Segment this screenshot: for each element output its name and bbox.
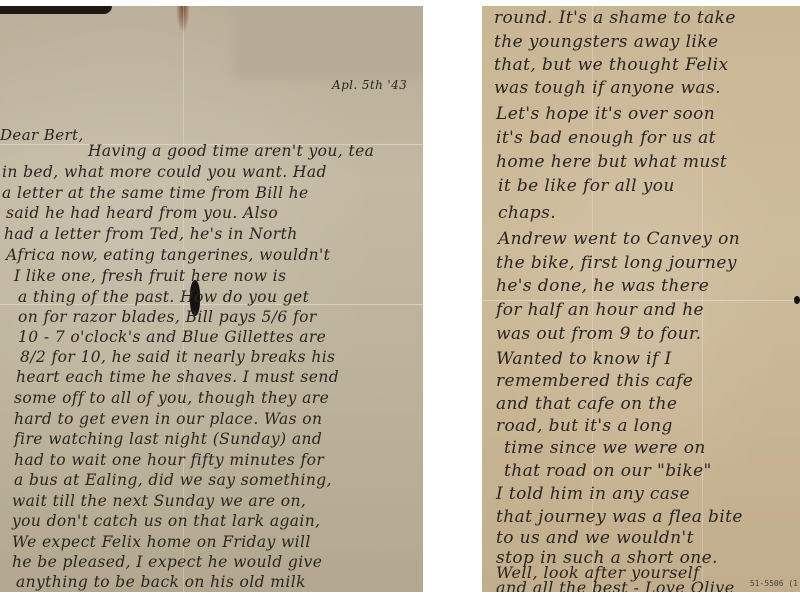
text-line: you don't catch us on that lark again, xyxy=(12,512,321,530)
text-line: it's bad enough for us at xyxy=(496,128,716,148)
text-line: We expect Felix home on Friday will xyxy=(12,533,311,551)
letter-page-2: round. It's a shame to take the youngste… xyxy=(482,6,800,592)
text-line: road, but it's a long xyxy=(496,416,673,436)
text-line: he's done, he was there xyxy=(496,276,709,296)
text-line: a letter at the same time from Bill he xyxy=(2,184,309,202)
text-line: and that cafe on the xyxy=(496,394,677,414)
text-line: hard to get even in our place. Was on xyxy=(14,410,322,428)
text-line: said he had heard from you. Also xyxy=(6,204,278,222)
text-line: anything to be back on his old milk xyxy=(16,573,306,591)
text-line: he be pleased, I expect he would give xyxy=(12,553,322,571)
text-line: I told him in any case xyxy=(496,484,690,504)
text-line: the youngsters away like xyxy=(494,32,718,52)
text-line: had a letter from Ted, he's in North xyxy=(4,225,298,243)
text-line: that, but we thought Felix xyxy=(494,55,728,75)
text-line: that journey was a flea bite xyxy=(496,507,743,527)
torn-edge-shadow xyxy=(0,6,112,14)
text-line: time since we were on xyxy=(504,438,706,458)
text-line: had to wait one hour fifty minutes for xyxy=(14,451,324,469)
archive-reference-label: 51-5506 (1 xyxy=(750,579,798,588)
text-line: heart each time he shaves. I must send xyxy=(16,368,339,386)
punch-hole xyxy=(794,296,800,304)
text-line: it be like for all you xyxy=(498,176,675,196)
text-line: Andrew went to Canvey on xyxy=(498,229,740,249)
text-line: to us and we wouldn't xyxy=(496,528,694,548)
text-line: home here but what must xyxy=(496,152,727,172)
text-line: fire watching last night (Sunday) and xyxy=(14,430,322,448)
text-line: Wanted to know if I xyxy=(496,349,672,369)
text-line: Let's hope it's over soon xyxy=(496,104,715,124)
text-line: that road on our "bike" xyxy=(504,461,712,481)
salutation: Dear Bert, xyxy=(0,126,84,144)
text-line: was out from 9 to four. xyxy=(496,324,701,344)
text-line: Having a good time aren't you, tea xyxy=(88,142,374,160)
text-line: I like one, fresh fruit here now is xyxy=(14,267,286,285)
text-line: some off to all of you, though they are xyxy=(14,389,329,407)
text-line: a thing of the past. How do you get xyxy=(18,288,309,306)
text-line: on for razor blades, Bill pays 5/6 for xyxy=(18,308,317,326)
text-line: 10 - 7 o'clock's and Blue Gillettes are xyxy=(18,328,326,346)
text-line: Africa now, eating tangerines, wouldn't xyxy=(6,246,330,264)
redacted-region xyxy=(240,10,420,72)
signature-line: and all the best - Love Olive xyxy=(496,578,735,592)
text-line: round. It's a shame to take xyxy=(494,8,736,28)
text-line: the bike, first long journey xyxy=(496,253,737,273)
text-line: 8/2 for 10, he said it nearly breaks his xyxy=(20,348,335,366)
text-line: in bed, what more could you want. Had xyxy=(2,163,327,181)
letter-page-1: Apl. 5th '43 Dear Bert, Having a good ti… xyxy=(0,6,423,592)
letter-date: Apl. 5th '43 xyxy=(332,78,407,92)
text-line: for half an hour and he xyxy=(496,300,704,320)
text-line: remembered this cafe xyxy=(496,371,693,391)
text-line: wait till the next Sunday we are on, xyxy=(12,492,306,510)
text-line: chaps. xyxy=(498,203,556,223)
text-line: was tough if anyone was. xyxy=(494,78,721,98)
text-line: a bus at Ealing, did we say something, xyxy=(14,471,332,489)
